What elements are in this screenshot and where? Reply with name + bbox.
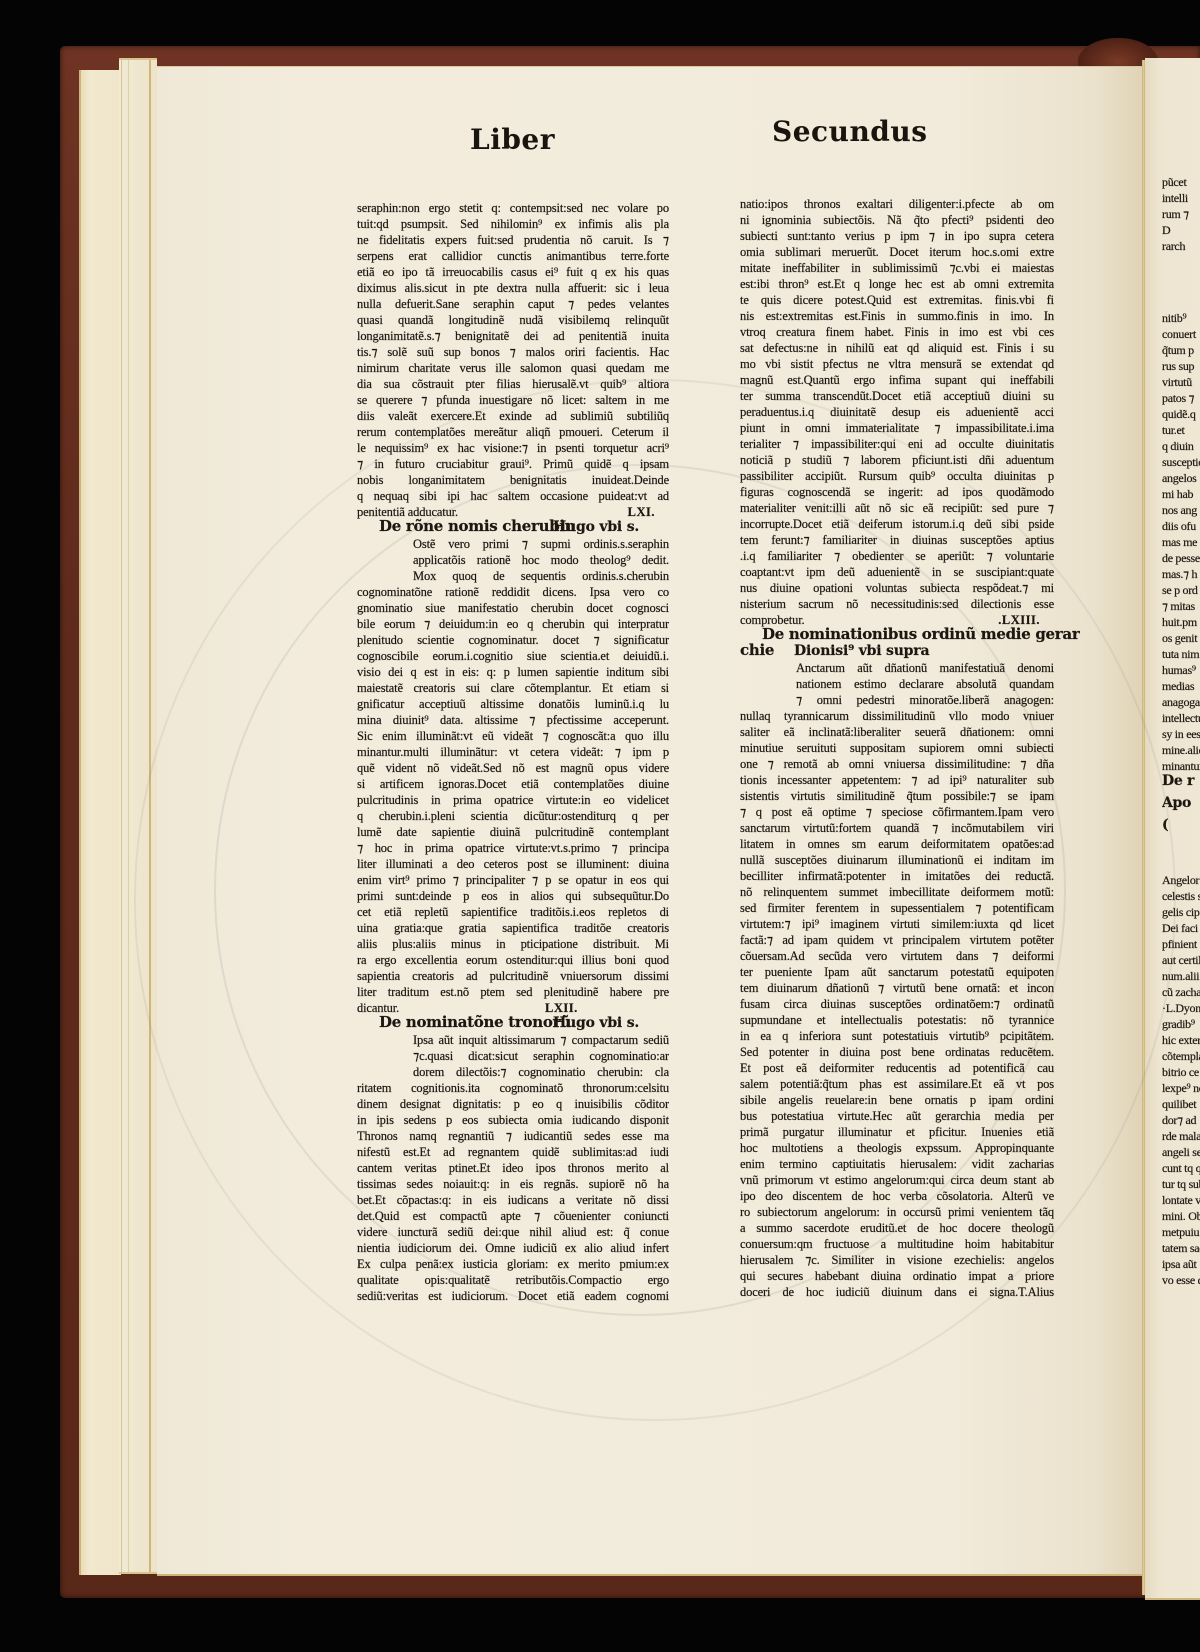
text-line: bet.Et cõpactas:q: in eis iudicans a ver… bbox=[357, 1192, 669, 1208]
line-text: tissimas sedes noiauit:q: in eis regnãs.… bbox=[357, 1177, 669, 1191]
text-line: nulla defuerit.Sane seraphin caput ⁊ ped… bbox=[357, 296, 669, 312]
text-line: materialiter venit:illi aũt nõ sic eã re… bbox=[740, 500, 1054, 516]
text-line: uina gratia:que gratia sapientifica trad… bbox=[357, 920, 669, 936]
line-text: enim virt⁹ primo ⁊ principaliter ⁊ p se … bbox=[357, 873, 669, 887]
text-line: nationem estimo declarare absolutã quand… bbox=[740, 676, 1054, 692]
line-text: subiecti sunt:tanto verius p ipm ⁊ in ip… bbox=[740, 229, 1054, 243]
line-text: ni ignominia subiectõis. Nã q̃to pfecti⁹… bbox=[740, 213, 1054, 227]
line-text: le nequissim⁹ ex hac visione:⁊ in psenti… bbox=[357, 441, 669, 455]
line-text: sed firmiter ferentem in supessentialem … bbox=[740, 901, 1054, 915]
text-line: dia sua cõstrauit pter filias hierusalẽ.… bbox=[357, 376, 669, 392]
line-text: nifestũ est.Et ad regnantem quidẽ sublim… bbox=[357, 1145, 669, 1159]
text-line: ⁊ omni pedestri minoratõe.liberã anagoge… bbox=[740, 692, 1054, 708]
facing-page-fragment: mas me bbox=[1162, 534, 1200, 550]
facing-page-text-bottom: Angelorcelestis spgelis cipDei facipfini… bbox=[1162, 872, 1200, 1288]
line-text: ⁊ q post eã optime ⁊ speciose cõfirmante… bbox=[740, 805, 1054, 819]
text-line: primi sunt:deinde p eos in alios qui sub… bbox=[357, 888, 669, 904]
facing-page-fragment: dor⁊ ad bbox=[1162, 1112, 1200, 1128]
facing-page-fragment: os genit bbox=[1162, 630, 1200, 646]
text-line: hierusalem ⁊c. Similiter in visione ezec… bbox=[740, 1252, 1054, 1268]
text-line: sapientia creatoris ad pulcritudinẽ vniu… bbox=[357, 968, 669, 984]
facing-page-fragment: Apo bbox=[1162, 792, 1200, 814]
text-line: Ex culpa penã:ex iusticia gloriam: ex me… bbox=[357, 1256, 669, 1272]
line-text: conuersum:qm fructuose a multitudine hoi… bbox=[740, 1237, 1054, 1251]
facing-page-fragment: mini. Obe bbox=[1162, 1208, 1200, 1224]
text-line: quẽ vident nõ videãt.Sed nõ est magnũ op… bbox=[357, 760, 669, 776]
line-text: virtutem:⁊ ipi⁹ imaginem virtuti similem… bbox=[740, 917, 1054, 931]
facing-page-fragment: huit.pm bbox=[1162, 614, 1200, 630]
line-text: tionis incessanter appetentem: ⁊ ad ipi⁹… bbox=[740, 773, 1054, 787]
facing-page-fragment: lontate ve bbox=[1162, 1192, 1200, 1208]
text-line: gnificatur acceptiuũ altissime donatõis … bbox=[357, 696, 669, 712]
line-text: uina gratia:que gratia sapientifica trad… bbox=[357, 921, 669, 935]
text-line: omia sublimari meruerũt. Docet iterum ho… bbox=[740, 244, 1054, 260]
text-line: diis valeãt exercere.Et exinde ad sublim… bbox=[357, 408, 669, 424]
line-text: det.Quid est compactũ apte ⁊ cõuenienter… bbox=[357, 1209, 669, 1223]
text-line: maiestatẽ creatoris sui clare cõtemplant… bbox=[357, 680, 669, 696]
text-line: liter traditum est.nõ ptem sed plenitudi… bbox=[357, 984, 669, 1000]
facing-page-fragment: angelos bbox=[1162, 470, 1200, 486]
text-line: passibiliter accipiũt. Rursum quib⁹ occu… bbox=[740, 468, 1054, 484]
text-line: natio:ipos thronos exaltari diligenter:i… bbox=[740, 196, 1054, 212]
text-line: ro subiectorum angelorum: in occursũ pri… bbox=[740, 1204, 1054, 1220]
text-line: sistentis virtutis similitudinẽ q̃tum po… bbox=[740, 788, 1054, 804]
line-text: dorem dilectõis:⁊ cognominatio cherubin:… bbox=[413, 1065, 669, 1079]
text-line: le nequissim⁹ ex hac visione:⁊ in psenti… bbox=[357, 440, 669, 456]
text-line: tuit:qd psumpsit. Sed nihilomin⁹ ex infi… bbox=[357, 216, 669, 232]
text-line: sediũ:veritas est iudiciorum. Docet etiã… bbox=[357, 1288, 669, 1304]
text-line: noticiã p studiũ ⁊ laborem pficiunt.isti… bbox=[740, 452, 1054, 468]
text-line: est:ibi thron⁹ est.Et q longe hec est ab… bbox=[740, 276, 1054, 292]
text-line: nullã susceptões diuinarum illuminationũ… bbox=[740, 852, 1054, 868]
text-line: qui secures habebant diuina ordinatio im… bbox=[740, 1268, 1054, 1284]
text-line: sanctarum virtutũ:fortem quandã ⁊ incõmu… bbox=[740, 820, 1054, 836]
facing-page-fragment: intelli bbox=[1162, 190, 1200, 206]
line-text: nõ relinquentem summet imbecillitate dei… bbox=[740, 885, 1054, 899]
facing-page-fragment: pfinient bbox=[1162, 936, 1200, 952]
text-line: mitate ineffabiliter in sublimissimũ ⁊c.… bbox=[740, 260, 1054, 276]
text-line: cet etiã repletũ sapientifice traditõis.… bbox=[357, 904, 669, 920]
text-line: enim virt⁹ primo ⁊ principaliter ⁊ p se … bbox=[357, 872, 669, 888]
text-line: Ostẽ vero primi ⁊ supmi ordinis.s.seraph… bbox=[357, 536, 669, 552]
facing-page-text-top: pũcetintellirum ⁊Drarch bbox=[1162, 174, 1200, 254]
text-line: virtutem:⁊ ipi⁹ imaginem virtuti similem… bbox=[740, 916, 1054, 932]
line-text: bile eorum ⁊ deiuidum:in eo q cherubin q… bbox=[357, 617, 669, 631]
facing-page-fragment: humas⁹ bbox=[1162, 662, 1200, 678]
text-line: sat defectus:ne in nihilũ eat qd aliquid… bbox=[740, 340, 1054, 356]
text-line: tem ferunt:⁊ familiariter in diuinas sus… bbox=[740, 532, 1054, 548]
facing-page-fragment: tur.et bbox=[1162, 422, 1200, 438]
text-line: vnũ primorum vt estimo angelorum:qui cir… bbox=[740, 1172, 1054, 1188]
line-text: tem ferunt:⁊ familiariter in diuinas sus… bbox=[740, 533, 1054, 547]
heading-title: chie bbox=[740, 642, 774, 658]
line-text: liter illuminati a deo ceteros post se i… bbox=[357, 857, 669, 871]
line-text: etiã eo ipo tã irreuocabilis casus ei⁹ f… bbox=[357, 265, 669, 279]
text-line: Thronos namq regnantiũ ⁊ iudicantiũ sede… bbox=[357, 1128, 669, 1144]
line-text: Ipsa aũt inquit altissimarum ⁊ compactar… bbox=[413, 1033, 669, 1047]
facing-page-fragment: tuta nim bbox=[1162, 646, 1200, 662]
text-line: Anctarum aũt dñationũ manifestatiuã deno… bbox=[740, 660, 1054, 676]
line-text: rerum contemplatões mereãtur aliqñ pmoue… bbox=[357, 425, 669, 439]
heading-source: Hugo vbi s. bbox=[553, 519, 639, 535]
line-text: nobis longanimitatem benignitatis inuide… bbox=[357, 473, 669, 487]
line-text: .i.q familiariter ⁊ obedienter se aperiũ… bbox=[740, 549, 1054, 563]
text-line: coaptant:vt ipm deũ aduenientẽ in se sus… bbox=[740, 564, 1054, 580]
facing-page-fragment: lexpe⁹ no bbox=[1162, 1080, 1200, 1096]
text-line: becilliter infirmatã:potenter in imitatõ… bbox=[740, 868, 1054, 884]
text-line: ter summa transcendũt.Docet etiã accepti… bbox=[740, 388, 1054, 404]
section-heading: chieDionisi⁹ vbi supra bbox=[740, 644, 1054, 660]
line-text: qualitate opis:qualitatẽ retributõis.Com… bbox=[357, 1273, 669, 1287]
section-heading: De nominationibus ordinũ medie gerar bbox=[740, 628, 1054, 644]
text-line: liter illuminati a deo ceteros post se i… bbox=[357, 856, 669, 872]
heading-title: De rõne nomis cherubin bbox=[379, 518, 575, 534]
text-column-right: natio:ipos thronos exaltari diligenter:i… bbox=[740, 196, 1054, 1300]
text-line: nis est:extremitas est.Finis in summo.fi… bbox=[740, 308, 1054, 324]
line-text: quẽ vident nõ videãt.Sed nõ est magnũ op… bbox=[357, 761, 669, 775]
text-line: cognominatõne rationẽ reddidit dicens. I… bbox=[357, 584, 669, 600]
line-text: Mox quoq de sequentis ordinis.s.cherubin bbox=[413, 569, 669, 583]
text-line: serpens erat callidior cunctis animantib… bbox=[357, 248, 669, 264]
facing-page-fragment: Dei faci bbox=[1162, 920, 1200, 936]
text-line: dorem dilectõis:⁊ cognominatio cherubin:… bbox=[357, 1064, 669, 1080]
line-text: plenitudo scientie cognominatur. docet ⁊… bbox=[357, 633, 669, 647]
running-head-left: Liber bbox=[470, 124, 555, 156]
line-text: dia sua cõstrauit pter filias hierusalẽ.… bbox=[357, 377, 669, 391]
line-text: ne fidelitatis expers fuit:sed prudentia… bbox=[357, 233, 669, 247]
text-line: one ⁊ remotã ab omni vniuersa dissimilit… bbox=[740, 756, 1054, 772]
line-text: est:ibi thron⁹ est.Et q longe hec est ab… bbox=[740, 277, 1054, 291]
text-line: aliis plus:aliis minus in pticipatione d… bbox=[357, 936, 669, 952]
facing-page-fragment: celestis sp bbox=[1162, 888, 1200, 904]
line-text: nulla defuerit.Sane seraphin caput ⁊ ped… bbox=[357, 297, 669, 311]
line-text: lumẽ date sapientie diuinã pulcritudinẽ … bbox=[357, 825, 669, 839]
line-text: salem potentiã:q̃tum phas est assimilare… bbox=[740, 1077, 1054, 1091]
line-text: nus diuine opationi voluntas subiecta re… bbox=[740, 581, 1054, 595]
text-line: enim termino captiuitatis hierusalem: vi… bbox=[740, 1156, 1054, 1172]
heading-source: Hugo vbi s. bbox=[553, 1015, 639, 1031]
line-text: one ⁊ remotã ab omni vniuersa dissimilit… bbox=[740, 757, 1054, 771]
line-text: ritatem cognitionis.ita cognominatõ thro… bbox=[357, 1081, 669, 1095]
text-line: te quis dicere potest.Quid est extremita… bbox=[740, 292, 1054, 308]
text-line: nisterium sacrum nõ necessitudinis:sed d… bbox=[740, 596, 1054, 612]
chapter-number: LXI. bbox=[628, 504, 655, 520]
text-line: sed firmiter ferentem in supessentialem … bbox=[740, 900, 1054, 916]
facing-page-fragment: bitrio ce bbox=[1162, 1064, 1200, 1080]
facing-page-fragment: gelis cip bbox=[1162, 904, 1200, 920]
text-line: dinem designat dignitatis: p eo q inuisi… bbox=[357, 1096, 669, 1112]
text-line: ⁊ q post eã optime ⁊ speciose cõfirmante… bbox=[740, 804, 1054, 820]
facing-page-fragment: diis ofu bbox=[1162, 518, 1200, 534]
gutter-fold bbox=[1142, 60, 1145, 1595]
line-text: bet.Et cõpactas:q: in eis iudicans a ver… bbox=[357, 1193, 669, 1207]
section-heading: De rõne nomis cherubinHugo vbi s. bbox=[357, 520, 669, 536]
line-text: nullaq tyrannicarum dissimilitudinũ vllo… bbox=[740, 709, 1054, 723]
line-text: maiestatẽ creatoris sui clare cõtemplant… bbox=[357, 681, 669, 695]
text-line: supmundane et intellectualis potestatis:… bbox=[740, 1012, 1054, 1028]
line-text: se querere ⁊ pfunda inuestigare nõ licet… bbox=[357, 393, 669, 407]
text-line: peraduentus.i.q diuinitatẽ desup eis adu… bbox=[740, 404, 1054, 420]
line-text: ⁊ in futuro cruciabitur graui⁹. Primũ qu… bbox=[357, 457, 669, 471]
line-text: Sed potenter in diuina post bene ordinat… bbox=[740, 1045, 1054, 1059]
line-text: minutiue seruituti suppositam supiorem o… bbox=[740, 741, 1054, 755]
line-text: noticiã p studiũ ⁊ laborem pficiunt.isti… bbox=[740, 453, 1054, 467]
facing-page-fragment: de pesse bbox=[1162, 550, 1200, 566]
facing-page-fragment: Angelor bbox=[1162, 872, 1200, 888]
line-text: hoc multotiens a theologis expssum. Appr… bbox=[740, 1141, 1054, 1155]
line-text: gnificatur acceptiuũ altissime donatõis … bbox=[357, 697, 669, 711]
line-text: in ipis sedens p eos subiecta omia iudic… bbox=[357, 1113, 669, 1127]
line-text: q cherubin.i.pleni scientia dicũtur:oste… bbox=[357, 809, 669, 823]
text-line: magnũ est.Quantũ ergo infima supant qui … bbox=[740, 372, 1054, 388]
facing-page-fragment: quilibet bbox=[1162, 1096, 1200, 1112]
facing-page-fragment: nos ang bbox=[1162, 502, 1200, 518]
text-line: ⁊ hoc in prima opatrice virtute:vt.s.pri… bbox=[357, 840, 669, 856]
text-line: ne fidelitatis expers fuit:sed prudentia… bbox=[357, 232, 669, 248]
page-edges-stack bbox=[119, 58, 157, 1574]
line-text: aliis plus:aliis minus in pticipatione d… bbox=[357, 937, 669, 951]
line-text: nientia iudiciorum dei. Omne iudiciũ ex … bbox=[357, 1241, 669, 1255]
facing-page-fragment: mine.aliq bbox=[1162, 742, 1200, 758]
line-text: incorrupte.Docet etiã deiferum istorum.i… bbox=[740, 517, 1054, 531]
facing-page-fragment: D bbox=[1162, 222, 1200, 238]
text-line: se querere ⁊ pfunda inuestigare nõ licet… bbox=[357, 392, 669, 408]
section-heading: De nominatõne tronorũHugo vbi s. bbox=[357, 1016, 669, 1032]
line-text: applicatõis rationẽ hoc modo theolog⁹ de… bbox=[413, 553, 669, 567]
line-text: ⁊ omni pedestri minoratõe.liberã anagoge… bbox=[796, 693, 1054, 707]
text-line: in ea q inferiora sunt potestatiuis virt… bbox=[740, 1028, 1054, 1044]
line-text: vtroq creatura finem habet. Finis in imo… bbox=[740, 325, 1054, 339]
heading-source: Dionisi⁹ vbi supra bbox=[794, 643, 929, 659]
facing-page-fragment: ⁊ mitas bbox=[1162, 598, 1200, 614]
text-line: visio dei q est in eis: q: p lumen sapie… bbox=[357, 664, 669, 680]
facing-page-fragment: cõtempla bbox=[1162, 1048, 1200, 1064]
line-text: cantem veritas ptinet.Et ideo ipos thron… bbox=[357, 1161, 669, 1175]
text-line: Sic enim illuminãt:vt eũ videãt ⁊ cognos… bbox=[357, 728, 669, 744]
line-text: nis est:extremitas est.Finis in summo.fi… bbox=[740, 309, 1054, 323]
line-text: ipo deo discentem de hoc verba cõsolator… bbox=[740, 1189, 1054, 1203]
line-text: tem diuinarum dñationũ ⁊ virtutũ bene or… bbox=[740, 981, 1054, 995]
running-head-right: Secundus bbox=[772, 116, 928, 148]
text-line: lumẽ date sapientie diuinã pulcritudinẽ … bbox=[357, 824, 669, 840]
line-text: videre iuncturã sediũ dei:que nihil aliu… bbox=[357, 1225, 669, 1239]
line-text: nimirum charitate verus ille salomon qua… bbox=[357, 361, 669, 375]
facing-page-fragment: cũ zachar bbox=[1162, 984, 1200, 1000]
text-line: ritatem cognitionis.ita cognominatõ thro… bbox=[357, 1080, 669, 1096]
text-line: nus diuine opationi voluntas subiecta re… bbox=[740, 580, 1054, 596]
text-line: salem potentiã:q̃tum phas est assimilare… bbox=[740, 1076, 1054, 1092]
facing-page-fragment: ipsa aũt bbox=[1162, 1256, 1200, 1272]
facing-page-fragment: patos ⁊ bbox=[1162, 390, 1200, 406]
line-text: tuit:qd psumpsit. Sed nihilomin⁹ ex infi… bbox=[357, 217, 669, 231]
line-text: gnominatio siue manifestatio cherubin do… bbox=[357, 601, 669, 615]
line-text: ⁊c.quasi dicat:sicut seraphin cognominat… bbox=[413, 1049, 669, 1063]
text-line: ⁊c.quasi dicat:sicut seraphin cognominat… bbox=[357, 1048, 669, 1064]
line-text: magnũ est.Quantũ ergo infima supant qui … bbox=[740, 373, 1054, 387]
line-text: Et post eã deiformiter reducentis ad pot… bbox=[740, 1061, 1054, 1075]
line-text: natio:ipos thronos exaltari diligenter:i… bbox=[740, 197, 1054, 211]
facing-page-fragment: tatem saci bbox=[1162, 1240, 1200, 1256]
text-line: piunt in omni immaterialitate ⁊ impassib… bbox=[740, 420, 1054, 436]
text-line: qualitate opis:qualitatẽ retributõis.Com… bbox=[357, 1272, 669, 1288]
line-text: fusam circa diuinas susceptões ordinatõe… bbox=[740, 997, 1054, 1011]
line-text: doceri de hoc iudiciũ diuinum dans ei si… bbox=[740, 1285, 1054, 1299]
text-line: bus potestatiua virtute.Hec aũt gerarchi… bbox=[740, 1108, 1054, 1124]
text-line: diximus alis.sicut in pte dextra nulla a… bbox=[357, 280, 669, 296]
facing-page-fragment: ·L.Dyoni bbox=[1162, 1000, 1200, 1016]
text-line: fusam circa diuinas susceptões ordinatõe… bbox=[740, 996, 1054, 1012]
line-text: ra ergo excellentia eorum ostenditur:qui… bbox=[357, 953, 669, 967]
line-text: bus potestatiua virtute.Hec aũt gerarchi… bbox=[740, 1109, 1054, 1123]
line-text: materialiter venit:illi aũt nõ sic eã re… bbox=[740, 501, 1054, 515]
text-line: q cherubin.i.pleni scientia dicũtur:oste… bbox=[357, 808, 669, 824]
text-line: etiã eo ipo tã irreuocabilis casus ei⁹ f… bbox=[357, 264, 669, 280]
line-text: tis.⁊ solẽ suũ sup bonos ⁊ malos oriri f… bbox=[357, 345, 669, 359]
text-line: longanimitatẽ.s.⁊ benignitatẽ dei ad pen… bbox=[357, 328, 669, 344]
text-line: a summo sacerdote eruditũ.et de hoc doce… bbox=[740, 1220, 1054, 1236]
line-text: q nequaq sibi ipi hac saltem occasione p… bbox=[357, 489, 669, 503]
facing-page-fragment: virtutũ bbox=[1162, 374, 1200, 390]
text-line: minutiue seruituti suppositam supiorem o… bbox=[740, 740, 1054, 756]
line-text: in ea q inferiora sunt potestatiuis virt… bbox=[740, 1029, 1054, 1043]
facing-page-fragment: num.alii bbox=[1162, 968, 1200, 984]
line-text: sapientia creatoris ad pulcritudinẽ vniu… bbox=[357, 969, 669, 983]
text-line: tis.⁊ solẽ suũ sup bonos ⁊ malos oriri f… bbox=[357, 344, 669, 360]
line-text: si artificem ignoras.Docet etiã contempl… bbox=[357, 777, 669, 791]
line-text: ter summa transcendũt.Docet etiã accepti… bbox=[740, 389, 1054, 403]
text-line: saliter eã inclinatã:liberaliter seuerã … bbox=[740, 724, 1054, 740]
text-line: incorrupte.Docet etiã deiferum istorum.i… bbox=[740, 516, 1054, 532]
text-line: pulcritudinis in prima opatrice virtute:… bbox=[357, 792, 669, 808]
line-text: Sic enim illuminãt:vt eũ videãt ⁊ cognos… bbox=[357, 729, 669, 743]
line-text: primã purgatur illuminatur et pficitur. … bbox=[740, 1125, 1054, 1139]
line-text: hierusalem ⁊c. Similiter in visione ezec… bbox=[740, 1253, 1054, 1267]
line-text: primi sunt:deinde p eos in alios qui sub… bbox=[357, 889, 669, 903]
text-line: Ipsa aũt inquit altissimarum ⁊ compactar… bbox=[357, 1032, 669, 1048]
line-text: factã:⁊ ad ipam quidem vt principalem vi… bbox=[740, 933, 1054, 947]
line-text: sat defectus:ne in nihilũ eat qd aliquid… bbox=[740, 341, 1054, 355]
text-line: in ipis sedens p eos subiecta omia iudic… bbox=[357, 1112, 669, 1128]
facing-page-fragment: anagoga bbox=[1162, 694, 1200, 710]
facing-page-fragment: q diuin bbox=[1162, 438, 1200, 454]
line-text: Ex culpa penã:ex iusticia gloriam: ex me… bbox=[357, 1257, 669, 1271]
text-line: ni ignominia subiectõis. Nã q̃to pfecti⁹… bbox=[740, 212, 1054, 228]
facing-page-fragment: conuert bbox=[1162, 326, 1200, 342]
text-line: rerum contemplatões mereãtur aliqñ pmoue… bbox=[357, 424, 669, 440]
line-text: Ostẽ vero primi ⁊ supmi ordinis.s.seraph… bbox=[413, 537, 669, 551]
text-line: conuersum:qm fructuose a multitudine hoi… bbox=[740, 1236, 1054, 1252]
line-text: peraduentus.i.q diuinitatẽ desup eis adu… bbox=[740, 405, 1054, 419]
line-text: diximus alis.sicut in pte dextra nulla a… bbox=[357, 281, 669, 295]
facing-page-fragment: De r bbox=[1162, 770, 1200, 792]
text-line: primã purgatur illuminatur et pficitur. … bbox=[740, 1124, 1054, 1140]
line-text: cõuersam.Ad secũda vero virtutem dans ⁊ … bbox=[740, 949, 1054, 963]
line-text: Thronos namq regnantiũ ⁊ iudicantiũ sede… bbox=[357, 1129, 669, 1143]
heading-title: De nominatõne tronorũ bbox=[379, 1014, 571, 1030]
text-line: mo vbi sistit pfectus ne vltra mensurã s… bbox=[740, 356, 1054, 372]
text-line: sibile angelis reuelare:in bene ornatis … bbox=[740, 1092, 1054, 1108]
text-line: applicatõis rationẽ hoc modo theolog⁹ de… bbox=[357, 552, 669, 568]
line-text: cet etiã repletũ sapientifice traditõis.… bbox=[357, 905, 669, 919]
text-line: ter pueniente Ipam aũt sanctarum potesta… bbox=[740, 964, 1054, 980]
facing-page-fragment: rde mala bbox=[1162, 1128, 1200, 1144]
line-text: mitate ineffabiliter in sublimissimũ ⁊c.… bbox=[740, 261, 1054, 275]
facing-page-fragment: nitib⁹ bbox=[1162, 310, 1200, 326]
text-line: tissimas sedes noiauit:q: in eis regnãs.… bbox=[357, 1176, 669, 1192]
text-line: gnominatio siue manifestatio cherubin do… bbox=[357, 600, 669, 616]
line-text: te quis dicere potest.Quid est extremita… bbox=[740, 293, 1054, 307]
line-text: sistentis virtutis similitudinẽ q̃tum po… bbox=[740, 789, 1054, 803]
text-line: cognoscibile eorum.i.cognitio siue scien… bbox=[357, 648, 669, 664]
line-text: vnũ primorum vt estimo angelorum:qui cir… bbox=[740, 1173, 1054, 1187]
line-text: liter traditum est.nõ ptem sed plenitudi… bbox=[357, 985, 669, 999]
text-line: nullaq tyrannicarum dissimilitudinũ vllo… bbox=[740, 708, 1054, 724]
facing-page-fragment: mas.⁊ h bbox=[1162, 566, 1200, 582]
text-line: hoc multotiens a theologis expssum. Appr… bbox=[740, 1140, 1054, 1156]
facing-page-fragment: intellectu bbox=[1162, 710, 1200, 726]
line-text: qui secures habebant diuina ordinatio im… bbox=[740, 1269, 1054, 1283]
line-text: seraphin:non ergo stetit q: contempsit:s… bbox=[357, 201, 669, 215]
facing-page-fragment: quidẽ.q bbox=[1162, 406, 1200, 422]
facing-page-fragment: ( bbox=[1162, 814, 1200, 836]
line-text: becilliter infirmatã:potenter in imitatõ… bbox=[740, 869, 1054, 883]
text-line: seraphin:non ergo stetit q: contempsit:s… bbox=[357, 200, 669, 216]
facing-page-fragment: cunt tq q bbox=[1162, 1160, 1200, 1176]
facing-page-fragment: rum ⁊ bbox=[1162, 206, 1200, 222]
text-line: Et post eã deiformiter reducentis ad pot… bbox=[740, 1060, 1054, 1076]
text-line: litatem in omnes sm earum deiformitatem … bbox=[740, 836, 1054, 852]
line-text: mina diuinit⁹ data. altissime ⁊ pfectiss… bbox=[357, 713, 669, 727]
facing-page-fragment: hic exter bbox=[1162, 1032, 1200, 1048]
text-line: ipo deo discentem de hoc verba cõsolator… bbox=[740, 1188, 1054, 1204]
line-text: Anctarum aũt dñationũ manifestatiuã deno… bbox=[796, 661, 1054, 675]
text-line: cantem veritas ptinet.Et ideo ipos thron… bbox=[357, 1160, 669, 1176]
facing-page-fragment: pũcet bbox=[1162, 174, 1200, 190]
text-line: Sed potenter in diuina post bene ordinat… bbox=[740, 1044, 1054, 1060]
endpaper bbox=[79, 70, 121, 1575]
line-text: omia sublimari meruerũt. Docet iterum ho… bbox=[740, 245, 1054, 259]
line-text: piunt in omni immaterialitate ⁊ impassib… bbox=[740, 421, 1054, 435]
text-line: plenitudo scientie cognominatur. docet ⁊… bbox=[357, 632, 669, 648]
line-text: dinem designat dignitatis: p eo q inuisi… bbox=[357, 1097, 669, 1111]
text-line: bile eorum ⁊ deiuidum:in eo q cherubin q… bbox=[357, 616, 669, 632]
facing-page-fragment: mi hab bbox=[1162, 486, 1200, 502]
line-text: sanctarum virtutũ:fortem quandã ⁊ incõmu… bbox=[740, 821, 1054, 835]
line-text: mo vbi sistit pfectus ne vltra mensurã s… bbox=[740, 357, 1054, 371]
text-line: nõ relinquentem summet imbecillitate dei… bbox=[740, 884, 1054, 900]
facing-page-headings: De rApo( bbox=[1162, 770, 1200, 836]
text-line: Mox quoq de sequentis ordinis.s.cherubin bbox=[357, 568, 669, 584]
line-text: terialiter ⁊ impassibiliter:qui eni ad o… bbox=[740, 437, 1054, 451]
text-line: ⁊ in futuro cruciabitur graui⁹. Primũ qu… bbox=[357, 456, 669, 472]
text-line: doceri de hoc iudiciũ diuinum dans ei si… bbox=[740, 1284, 1054, 1300]
text-line: quasi quandã longitudinẽ nudã visibilemq… bbox=[357, 312, 669, 328]
text-line: minantur.multi illuminãtur: vt cetera vi… bbox=[357, 744, 669, 760]
line-text: diis valeãt exercere.Et exinde ad sublim… bbox=[357, 409, 669, 423]
line-text: serpens erat callidior cunctis animantib… bbox=[357, 249, 669, 263]
facing-page-text-middle: nitib⁹conuertq̃tum prus supvirtutũpatos … bbox=[1162, 310, 1200, 774]
facing-page-fragment: angeli sed bbox=[1162, 1144, 1200, 1160]
text-line: vtroq creatura finem habet. Finis in imo… bbox=[740, 324, 1054, 340]
facing-page-fragment: rus sup bbox=[1162, 358, 1200, 374]
line-text: minantur.multi illuminãtur: vt cetera vi… bbox=[357, 745, 669, 759]
line-text: enim termino captiuitatis hierusalem: vi… bbox=[740, 1157, 1054, 1171]
facing-page-fragment: medias bbox=[1162, 678, 1200, 694]
facing-page-fragment: q̃tum p bbox=[1162, 342, 1200, 358]
text-line: si artificem ignoras.Docet etiã contempl… bbox=[357, 776, 669, 792]
facing-page-fragment: vo esse do bbox=[1162, 1272, 1200, 1288]
text-line: ra ergo excellentia eorum ostenditur:qui… bbox=[357, 952, 669, 968]
